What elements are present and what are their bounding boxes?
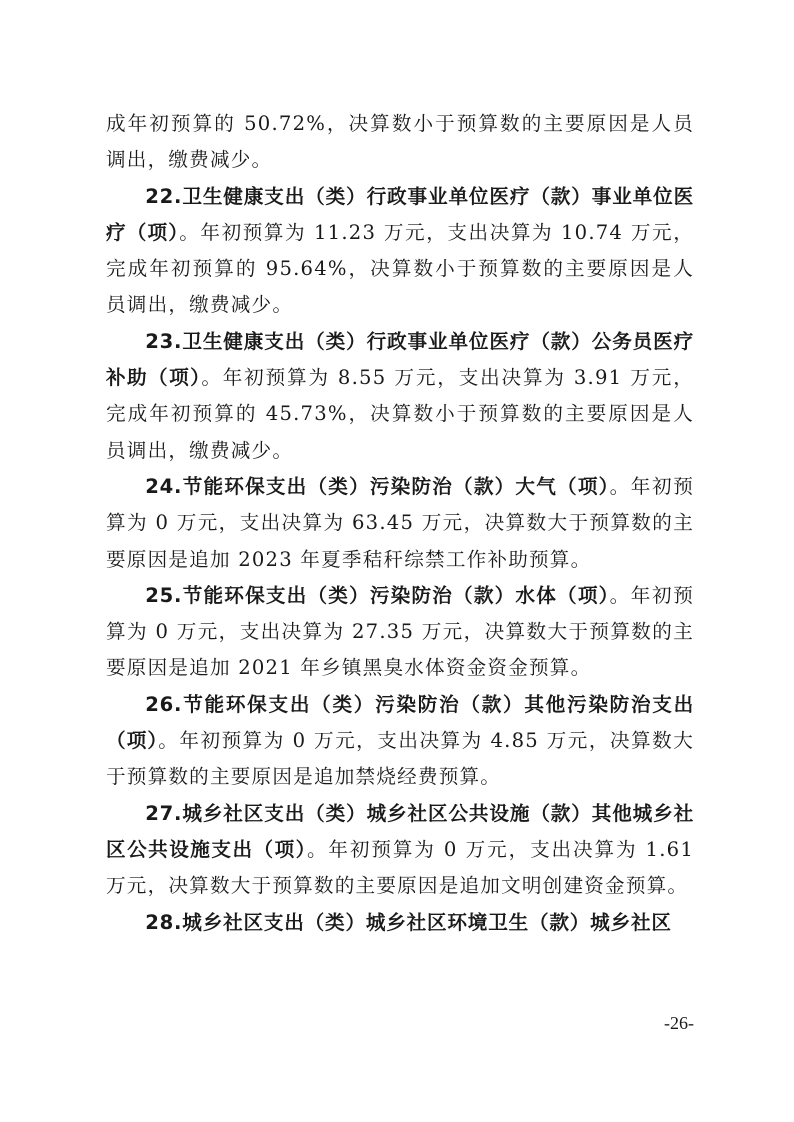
item-25-paragraph: 25.节能环保支出（类）污染防治（款）水体（项）。年初预算为 0 万元，支出决算…	[106, 578, 694, 687]
item-27-paragraph: 27.城乡社区支出（类）城乡社区公共设施（款）其他城乡社区公共设施支出（项）。年…	[106, 796, 694, 905]
item-24-heading: 24.节能环保支出（类）污染防治（款）大气（项）	[145, 475, 609, 498]
document-page: 成年初预算的 50.72%，决算数小于预算数的主要原因是人员调出，缴费减少。 2…	[106, 106, 694, 941]
item-28-heading: 28.城乡社区支出（类）城乡社区环境卫生（款）城乡社区	[145, 911, 672, 934]
item-28-paragraph: 28.城乡社区支出（类）城乡社区环境卫生（款）城乡社区	[106, 905, 694, 941]
item-23-paragraph: 23.卫生健康支出（类）行政事业单位医疗（款）公务员医疗补助（项）。年初预算为 …	[106, 324, 694, 469]
continuation-paragraph: 成年初预算的 50.72%，决算数小于预算数的主要原因是人员调出，缴费减少。	[106, 106, 694, 179]
item-22-body: 。年初预算为 11.23 万元，支出决算为 10.74 万元，完成年初预算的 9…	[106, 221, 694, 317]
item-22-paragraph: 22.卫生健康支出（类）行政事业单位医疗（款）事业单位医疗（项）。年初预算为 1…	[106, 179, 694, 324]
item-26-paragraph: 26.节能环保支出（类）污染防治（款）其他污染防治支出（项）。年初预算为 0 万…	[106, 687, 694, 796]
item-26-body: 。年初预算为 0 万元，支出决算为 4.85 万元，决算数大于预算数的主要原因是…	[106, 729, 694, 788]
item-25-heading: 25.节能环保支出（类）污染防治（款）水体（项）	[145, 584, 609, 607]
item-24-paragraph: 24.节能环保支出（类）污染防治（款）大气（项）。年初预算为 0 万元，支出决算…	[106, 469, 694, 578]
page-number: -26-	[640, 1013, 694, 1034]
